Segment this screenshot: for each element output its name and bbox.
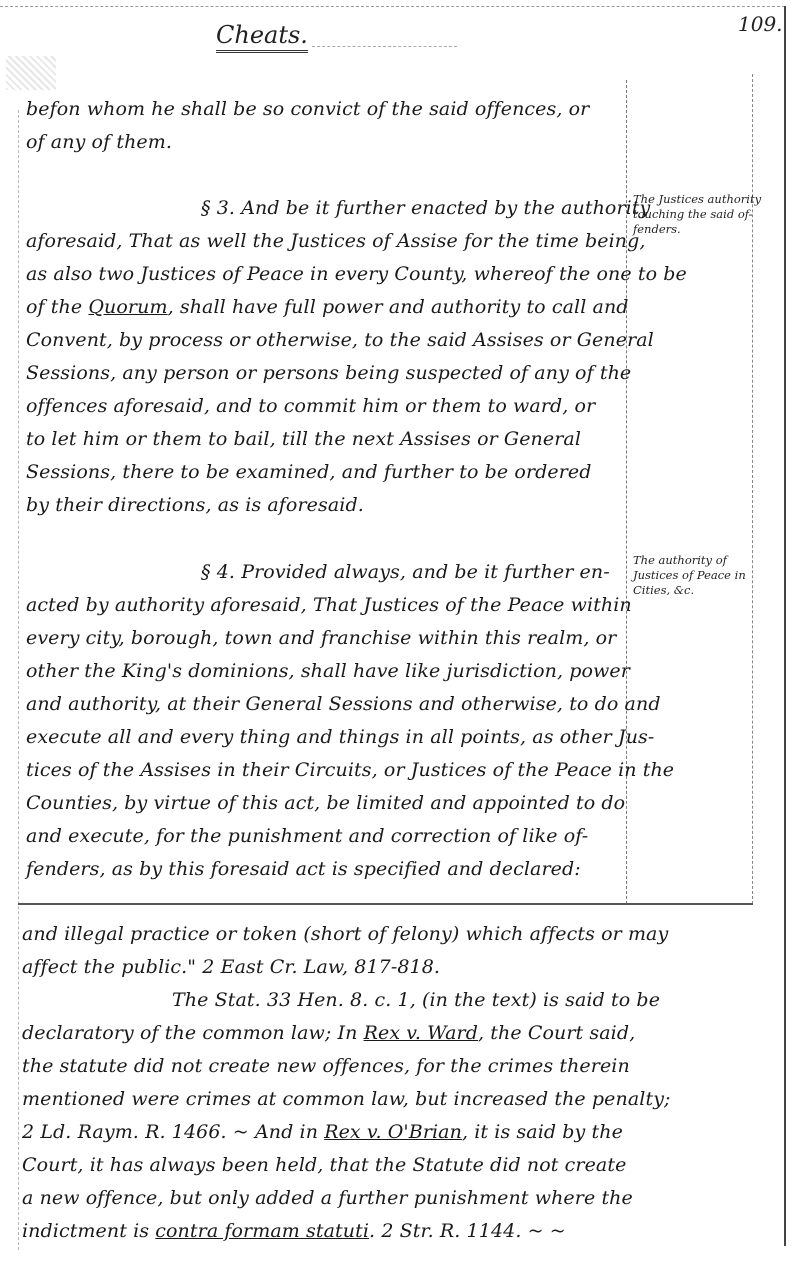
text-segment: , it is said by the: [462, 1121, 623, 1143]
text-segment: . 2 Str. R. 1144. ~ ~: [369, 1220, 566, 1242]
text-line: and authority, at their General Sessions…: [26, 692, 622, 716]
footnote-line: mentioned were crimes at common law, but…: [22, 1087, 752, 1111]
case-citation-rex-v-ward: Rex v. Ward: [364, 1022, 478, 1044]
text-line: of any of them.: [26, 130, 622, 154]
margin-note-line: touching the said of-: [633, 207, 751, 222]
text-segment: indictment is: [22, 1220, 155, 1242]
text-line: of the Quorum, shall have full power and…: [26, 295, 622, 319]
section-4-heading-line: § 4. Provided always, and be it further …: [26, 560, 622, 584]
footnote-line: and illegal practice or token (short of …: [22, 922, 752, 946]
text-line: Counties, by virtue of this act, be limi…: [26, 791, 622, 815]
footnote-line: declaratory of the common law; In Rex v.…: [22, 1021, 752, 1045]
footnote-line: 2 Ld. Raym. R. 1466. ~ And in Rex v. O'B…: [22, 1120, 752, 1144]
text-line: Sessions, any person or persons being su…: [26, 361, 622, 385]
left-margin-rule: [18, 110, 19, 1250]
title-leader-dots: [312, 46, 457, 47]
margin-note-line: Cities, &c.: [633, 583, 751, 598]
text-segment: of the: [26, 296, 88, 318]
text-line: acted by authority aforesaid, That Justi…: [26, 593, 622, 617]
text-segment: , shall have full power and authority to…: [168, 296, 629, 318]
text-segment: declaratory of the common law; In: [22, 1022, 364, 1044]
footnote-line: The Stat. 33 Hen. 8. c. 1, (in the text)…: [22, 988, 752, 1012]
text-line: aforesaid, That as well the Justices of …: [26, 229, 622, 253]
page-number: 109.: [738, 12, 783, 36]
footnote-divider: [18, 903, 753, 905]
case-citation-rex-v-obrian: Rex v. O'Brian: [324, 1121, 462, 1143]
faded-stamp-mark: [6, 56, 56, 90]
manuscript-page: Cheats. 109. befon whom he shall be so c…: [0, 0, 791, 1269]
text-line: execute all and every thing and things i…: [26, 725, 622, 749]
text-line: tices of the Assises in their Circuits, …: [26, 758, 622, 782]
footnote-line: Court, it has always been held, that the…: [22, 1153, 752, 1177]
text-segment: , the Court said,: [478, 1022, 635, 1044]
footnote-line: affect the public." 2 East Cr. Law, 817-…: [22, 955, 752, 979]
text-line: Sessions, there to be examined, and furt…: [26, 460, 622, 484]
margin-note-justices-authority: The Justices authority touching the said…: [633, 192, 751, 237]
page-title: Cheats.: [216, 20, 308, 53]
text-line: by their directions, as is aforesaid.: [26, 493, 622, 517]
footnote-line: indictment is contra formam statuti. 2 S…: [22, 1219, 752, 1243]
text-line: offences aforesaid, and to commit him or…: [26, 394, 622, 418]
margin-note-line: fenders.: [633, 222, 751, 237]
text-line: as also two Justices of Peace in every C…: [26, 262, 622, 286]
text-line: fenders, as by this foresaid act is spec…: [26, 857, 622, 881]
text-line: and execute, for the punishment and corr…: [26, 824, 622, 848]
footnote-line: a new offence, but only added a further …: [22, 1186, 752, 1210]
underlined-term-quorum: Quorum: [88, 296, 167, 318]
text-line: befon whom he shall be so convict of the…: [26, 97, 622, 121]
margin-note-line: The Justices authority: [633, 192, 751, 207]
page-top-edge: [0, 6, 785, 8]
text-line: to let him or them to bail, till the nex…: [26, 427, 622, 451]
margin-note-line: Justices of Peace in: [633, 568, 751, 583]
footnote-line: the statute did not create new offences,…: [22, 1054, 752, 1078]
text-line: other the King's dominions, shall have l…: [26, 659, 622, 683]
text-line: every city, borough, town and franchise …: [26, 626, 622, 650]
margin-note-line: The authority of: [633, 553, 751, 568]
text-segment: 2 Ld. Raym. R. 1466. ~ And in: [22, 1121, 324, 1143]
section-3-heading-line: § 3. And be it further enacted by the au…: [26, 196, 622, 220]
page-right-edge: [784, 6, 786, 1246]
margin-note-cities-authority: The authority of Justices of Peace in Ci…: [633, 553, 751, 598]
text-line: Convent, by process or otherwise, to the…: [26, 328, 622, 352]
latin-phrase-contra-formam-statuti: contra formam statuti: [155, 1220, 369, 1242]
